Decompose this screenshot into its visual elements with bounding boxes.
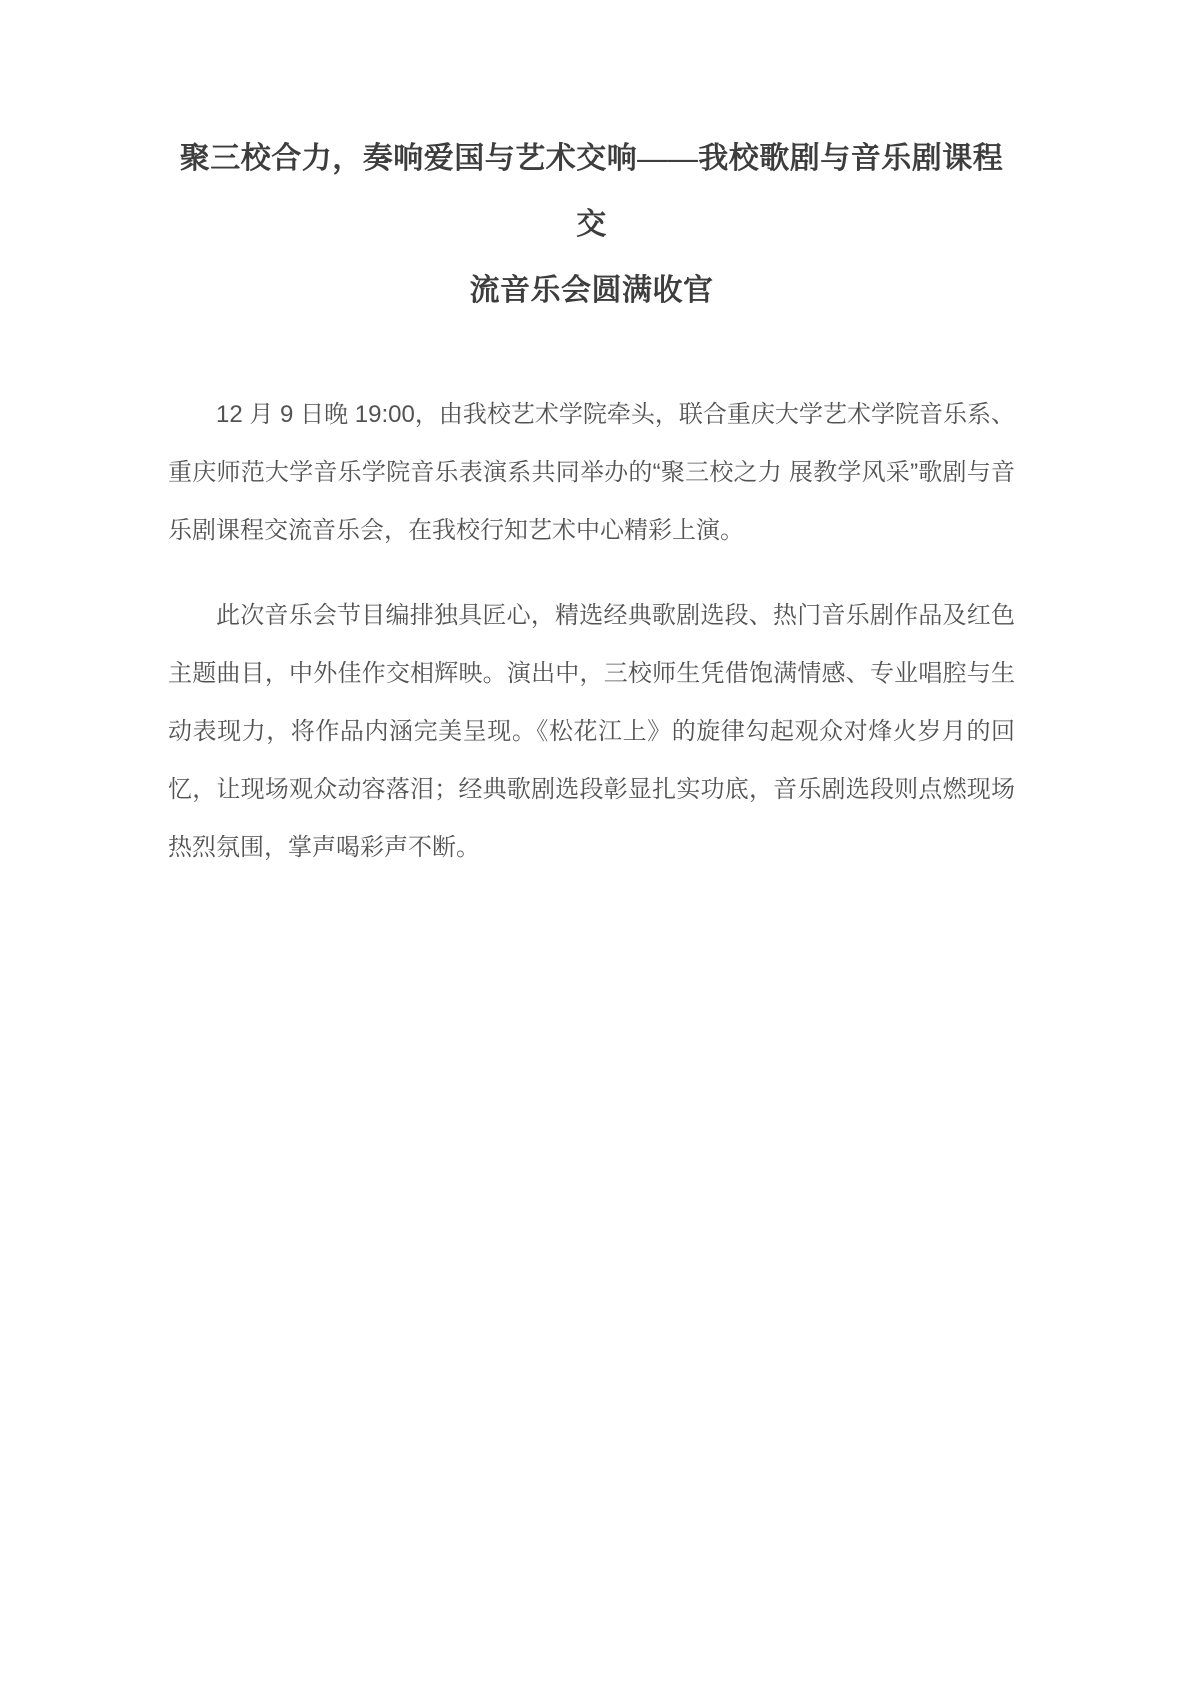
document-title: 聚三校合力，奏响爱国与艺术交响——我校歌剧与音乐剧课程交 流音乐会圆满收官: [168, 126, 1015, 324]
paragraph-concert-overview: 12 月 9 日晚 19:00，由我校艺术学院牵头，联合重庆大学艺术学院音乐系、…: [168, 386, 1015, 560]
document-title-line-2: 流音乐会圆满收官: [168, 258, 1015, 324]
document-body: 12 月 9 日晚 19:00，由我校艺术学院牵头，联合重庆大学艺术学院音乐系、…: [168, 386, 1015, 877]
document-title-line-1: 聚三校合力，奏响爱国与艺术交响——我校歌剧与音乐剧课程交: [168, 126, 1015, 258]
document-page: 聚三校合力，奏响爱国与艺术交响——我校歌剧与音乐剧课程交 流音乐会圆满收官 12…: [0, 0, 1191, 1684]
paragraph-program-highlights: 此次音乐会节目编排独具匠心，精选经典歌剧选段、热门音乐剧作品及红色主题曲目，中外…: [168, 587, 1015, 877]
